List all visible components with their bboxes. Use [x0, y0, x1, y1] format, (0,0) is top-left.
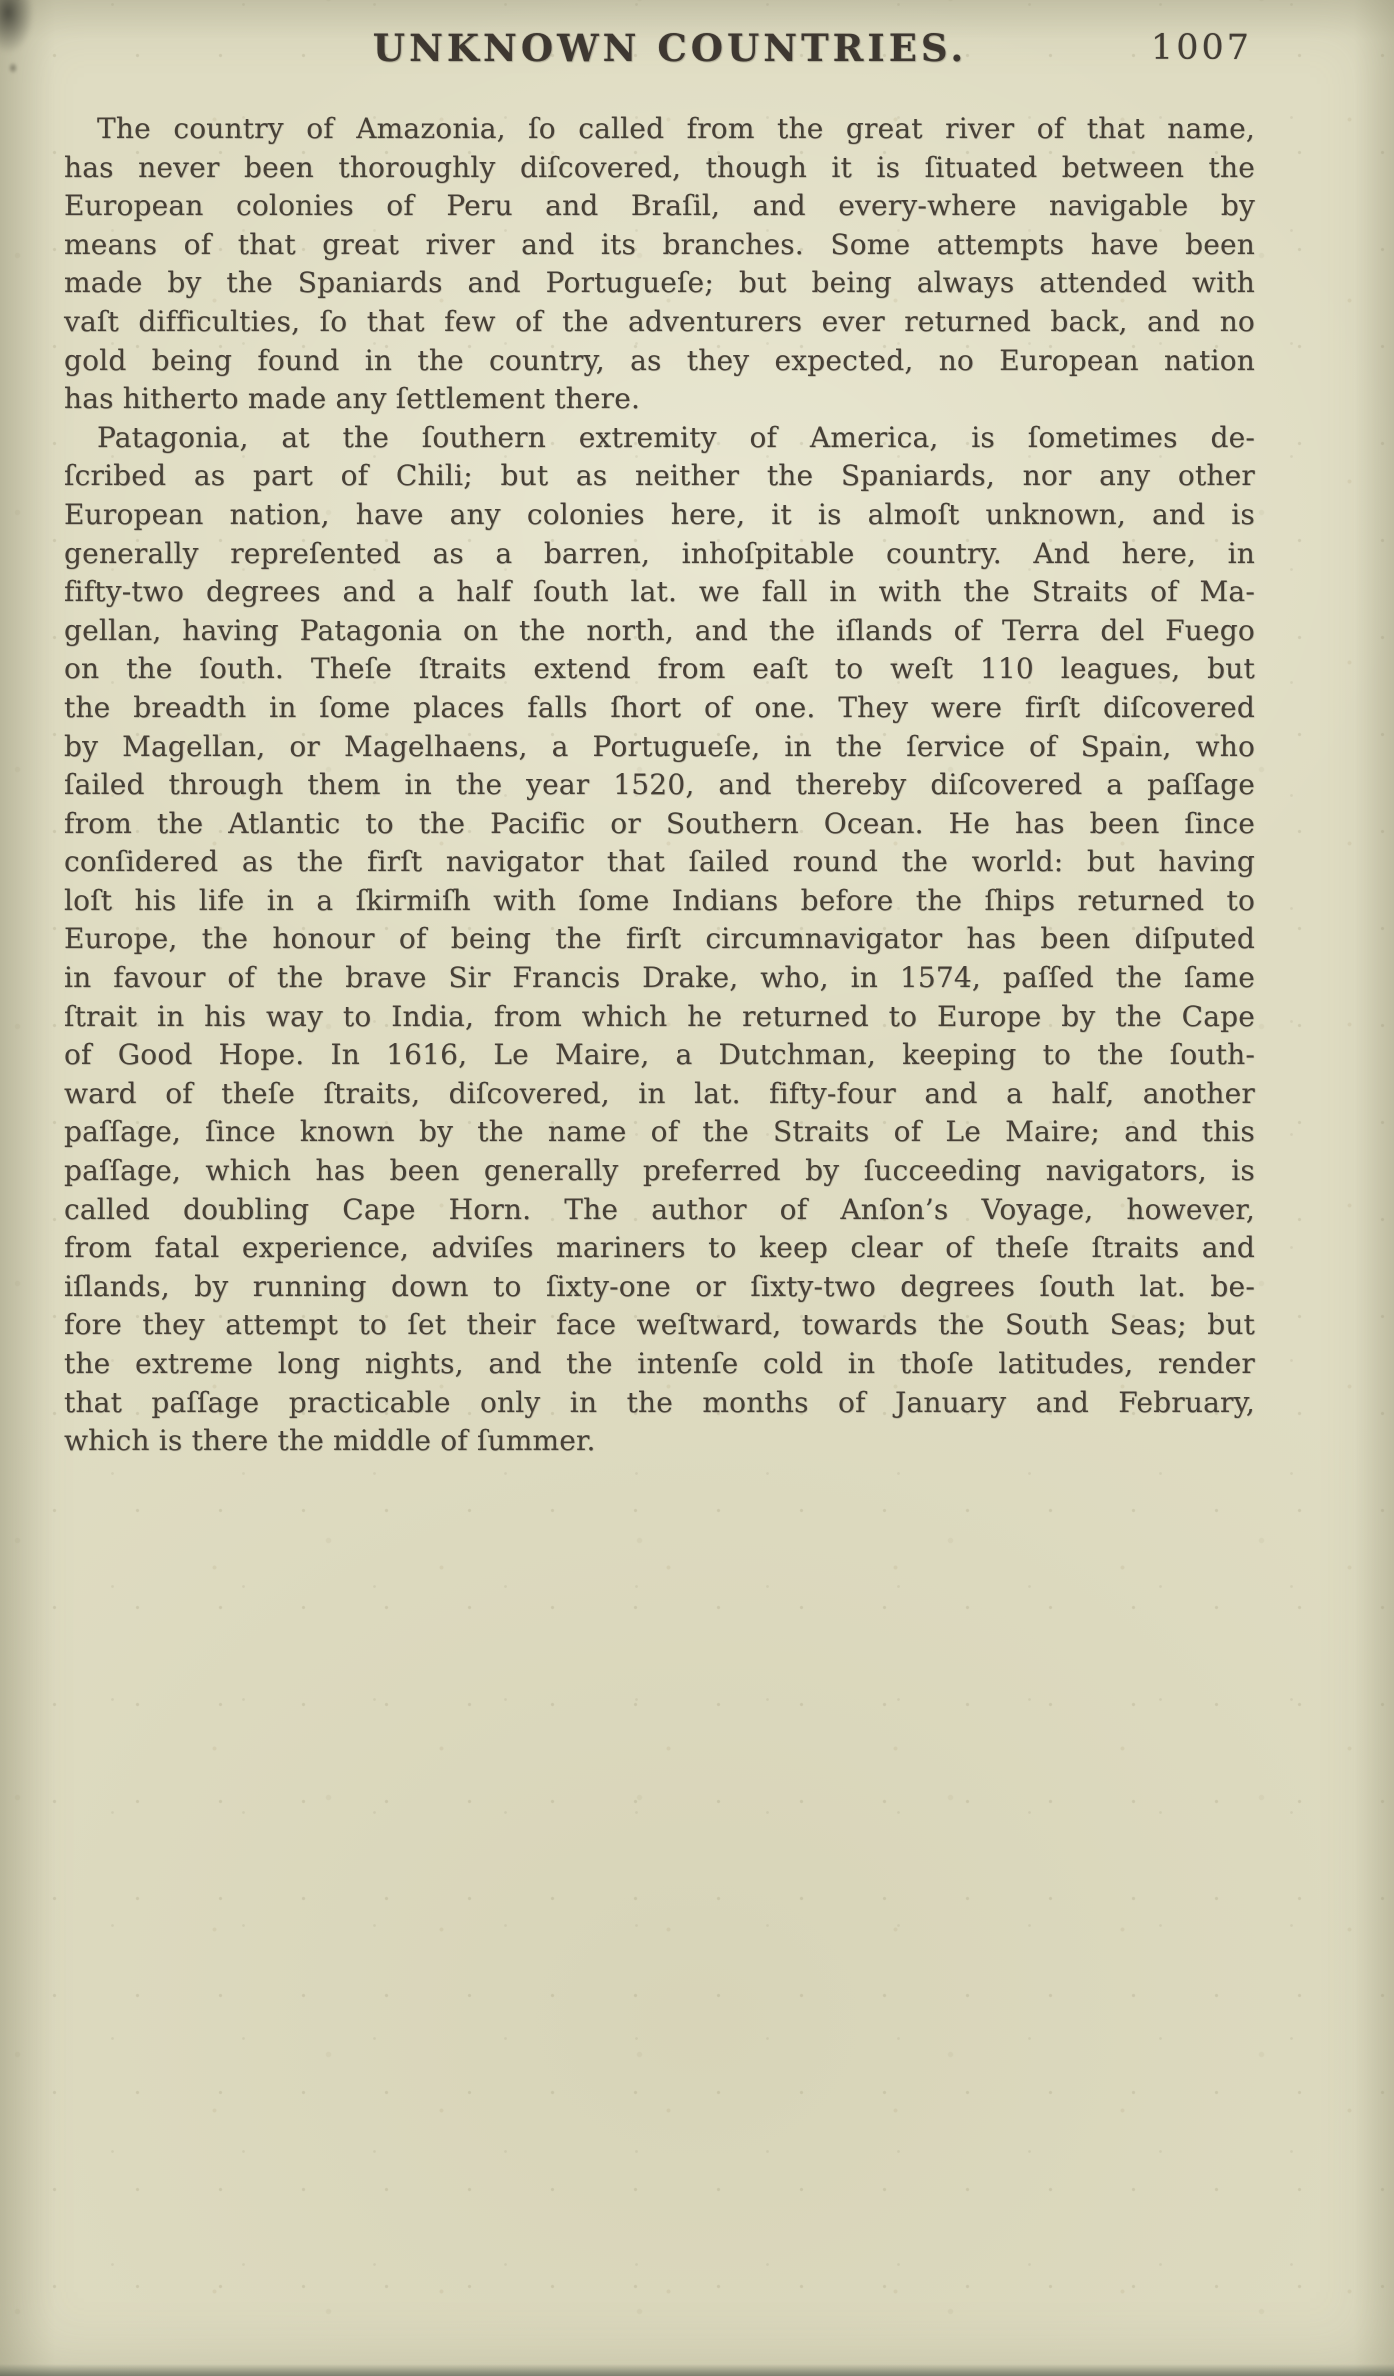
text-line: of Good Hope. In 1616, Le Maire, a Dutch…: [64, 1036, 1255, 1075]
text-line: conſidered as the firſt navigator that ſ…: [64, 843, 1255, 882]
text-line: has hitherto made any ſettlement there.: [64, 380, 1255, 419]
text-line: fifty-two degrees and a half ſouth lat. …: [64, 573, 1255, 612]
text-line: from fatal experience, adviſes mariners …: [64, 1229, 1255, 1268]
text-line: vaſt difficulties, ſo that few of the ad…: [64, 303, 1255, 342]
text-line: iſlands, by running down to ſixty-one or…: [64, 1268, 1255, 1307]
scan-speck: [8, 62, 18, 74]
text-line: ſtrait in his way to India, from which h…: [64, 998, 1255, 1037]
text-line: ſcribed as part of Chili; but as neither…: [64, 457, 1255, 496]
book-page: UNKNOWN COUNTRIES. 1007 The country of A…: [0, 0, 1394, 2376]
text-line: in favour of the brave Sir Francis Drake…: [64, 959, 1255, 998]
text-line: European colonies of Peru and Braſil, an…: [64, 187, 1255, 226]
scan-bottom-edge: [0, 2364, 1394, 2376]
text-line: has never been thoroughly diſcovered, th…: [64, 149, 1255, 188]
text-line: gold being found in the country, as they…: [64, 342, 1255, 381]
running-head: UNKNOWN COUNTRIES.: [373, 26, 967, 70]
text-line: from the Atlantic to the Pacific or Sout…: [64, 805, 1255, 844]
text-line: that paſſage practicable only in the mon…: [64, 1384, 1255, 1423]
text-line: means of that great river and its branch…: [64, 226, 1255, 265]
page-text: The country of Amazonia, ſo called from …: [64, 110, 1255, 1461]
text-line: which is there the middle of ſummer.: [64, 1422, 1255, 1461]
paragraph: The country of Amazonia, ſo called from …: [64, 110, 1255, 419]
text-line: The country of Amazonia, ſo called from …: [64, 110, 1255, 149]
text-line: called doubling Cape Horn. The author of…: [64, 1191, 1255, 1230]
text-line: European nation, have any colonies here,…: [64, 496, 1255, 535]
text-line: by Magellan, or Magelhaens, a Portugueſe…: [64, 728, 1255, 767]
scan-smudge-top-left: [0, 0, 34, 54]
text-line: ward of theſe ſtraits, diſcovered, in la…: [64, 1075, 1255, 1114]
text-line: generally repreſented as a barren, inhoſ…: [64, 535, 1255, 574]
text-line: loſt his life in a ſkirmiſh with ſome In…: [64, 882, 1255, 921]
text-line: paſſage, ſince known by the name of the …: [64, 1113, 1255, 1152]
text-line: fore they attempt to ſet their face weſt…: [64, 1306, 1255, 1345]
text-line: on the ſouth. Theſe ſtraits extend from …: [64, 650, 1255, 689]
page-number: 1007: [1151, 28, 1252, 68]
text-line: gellan, having Patagonia on the north, a…: [64, 612, 1255, 651]
text-line: the breadth in ſome places falls ſhort o…: [64, 689, 1255, 728]
paragraph: Patagonia, at the ſouthern extremity of …: [64, 419, 1255, 1461]
text-line: made by the Spaniards and Portugueſe; bu…: [64, 264, 1255, 303]
text-line: ſailed through them in the year 1520, an…: [64, 766, 1255, 805]
text-line: Europe, the honour of being the firſt ci…: [64, 920, 1255, 959]
text-line: Patagonia, at the ſouthern extremity of …: [64, 419, 1255, 458]
text-line: the extreme long nights, and the intenſe…: [64, 1345, 1255, 1384]
text-line: paſſage, which has been generally prefer…: [64, 1152, 1255, 1191]
